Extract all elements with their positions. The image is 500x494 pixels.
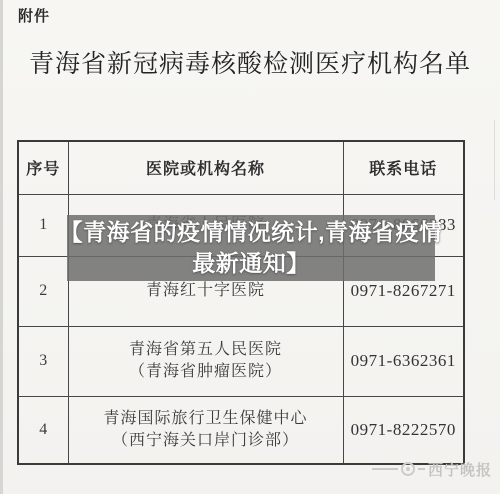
scan-edge-right [494,120,495,200]
table-row: 3 青海省第五人民医院 （青海省肿瘤医院） 0971-6362361 [18,326,464,396]
contact-phone: 0971-6362361 [343,326,464,396]
hospital-name: 青海国际旅行卫生保健中心 （西宁海关口岸门诊部） [68,396,343,464]
headline-line2: 最新通知】 [192,248,310,279]
document-page: 附件 青海省新冠病毒核酸检测医疗机构名单 序号 医院或机构名称 联系电话 1 青… [0,0,500,494]
hospital-name-line2: （西宁海关口岸门诊部） [69,430,343,452]
headline-overlay: 【青海省的疫情情况统计,青海省疫情 最新通知】 [67,215,435,281]
header-institution-name: 医院或机构名称 [68,141,343,194]
watermark-rule [372,468,398,470]
hospital-name-line1: 青海省第五人民医院 [69,339,343,361]
hospital-table: 序号 医院或机构名称 联系电话 1 青海省人民医院 0971-8066283 2… [17,140,465,465]
watermark-dash [418,468,425,470]
page-title: 青海省新冠病毒核酸检测医疗机构名单 [0,44,500,80]
publisher-watermark: 西宁晚报 [372,459,492,479]
header-serial-number: 序号 [18,141,68,194]
publisher-logo-icon [401,462,415,476]
watermark-label: 西宁晚报 [428,459,492,480]
row-number: 4 [18,396,68,464]
hospital-name-line2: （青海省肿瘤医院） [69,361,343,383]
headline-line1: 【青海省的疫情情况统计,青海省疫情 [60,217,443,248]
row-number: 2 [18,256,68,326]
hospital-name-line1: 青海红十字医院 [69,280,343,302]
table-row: 4 青海国际旅行卫生保健中心 （西宁海关口岸门诊部） 0971-8222570 [18,396,464,464]
table-header-row: 序号 医院或机构名称 联系电话 [18,141,464,194]
attachment-label: 附件 [18,5,50,26]
hospital-name: 青海省第五人民医院 （青海省肿瘤医院） [68,326,343,396]
header-contact-phone: 联系电话 [343,141,464,194]
hospital-name-line1: 青海国际旅行卫生保健中心 [69,408,343,430]
contact-phone: 0971-8222570 [343,396,464,464]
row-number: 3 [18,326,68,396]
